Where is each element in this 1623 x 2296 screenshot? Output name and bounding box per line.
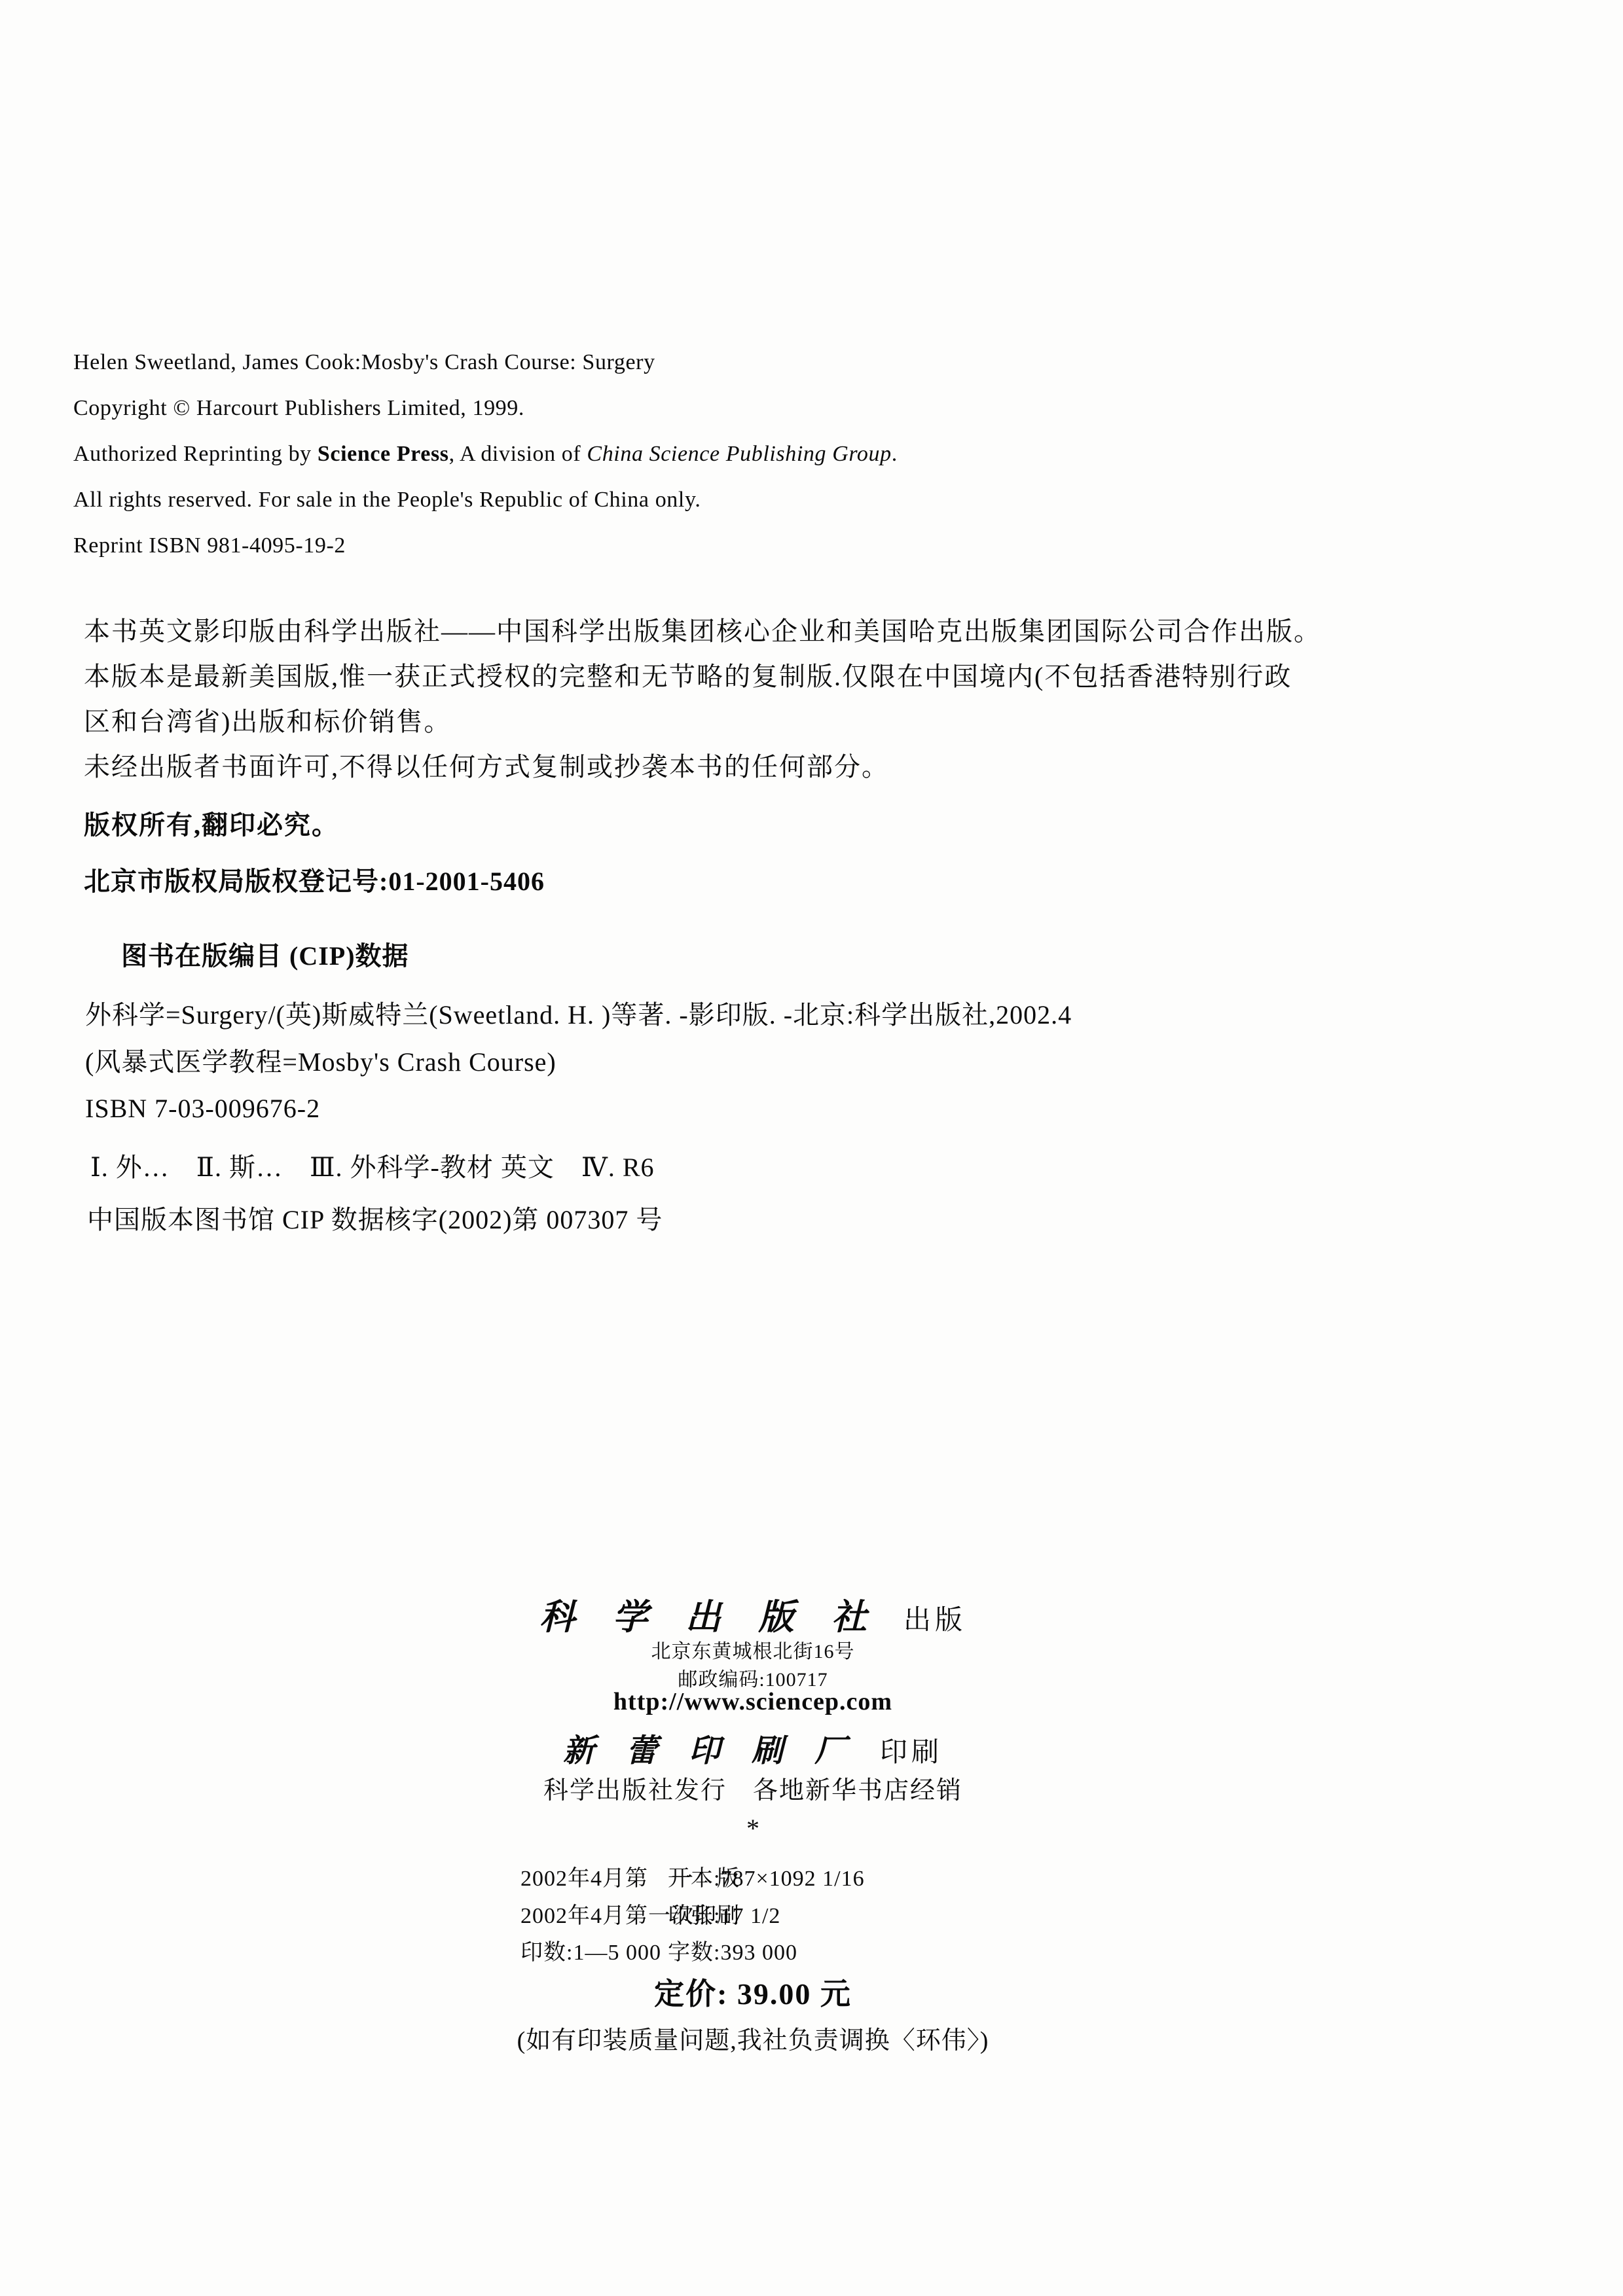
science-press-name: Science Press bbox=[318, 442, 449, 466]
separator-asterisk: * bbox=[393, 1813, 1113, 1844]
cip-series-line: (风暴式医学教程=Mosby's Crash Course) bbox=[85, 1047, 556, 1077]
publishing-group-name: China Science Publishing Group bbox=[587, 442, 891, 466]
printer-logotype: 新 蕾 印 刷 厂 bbox=[563, 1734, 858, 1768]
cip-catalog-line: 外科学=Surgery/(英)斯威特兰(Sweetland. H. )等著. -… bbox=[85, 1000, 1072, 1030]
all-rights-reserved-statement: 版权所有,翻印必究。 bbox=[84, 810, 339, 840]
reprint-authorization-line: Authorized Reprinting by Science Press, … bbox=[73, 442, 898, 467]
cip-verification-number-line: 中国版本图书馆 CIP 数据核字(2002)第 007307 号 bbox=[87, 1205, 663, 1235]
cn-notice-line-2: 本版本是最新美国版,惟一获正式授权的完整和无节略的复制版.仅限在中国境内(不包括… bbox=[84, 662, 1321, 692]
science-press-logotype: 科 学 出 版 社 bbox=[539, 1598, 881, 1637]
authorization-mid: , A division of bbox=[449, 442, 587, 466]
edition-row: 2002年4月第 一 版 开本:787×1092 1/16 bbox=[393, 1860, 1113, 1890]
printed-by-label: 印刷 bbox=[880, 1738, 943, 1768]
copyright-line: Copyright © Harcourt Publishers Limited,… bbox=[73, 396, 898, 421]
publisher-address: 北京东黄城根北街16号 bbox=[393, 1635, 1113, 1664]
reprint-isbn-line: Reprint ISBN 981-4095-19-2 bbox=[73, 533, 898, 558]
cip-isbn-line: ISBN 7-03-009676-2 bbox=[85, 1094, 320, 1124]
printer-line: 新 蕾 印 刷 厂印刷 bbox=[393, 1725, 1113, 1770]
chinese-authorization-block: 本书英文影印版由科学出版社——中国科学出版集团核心企业和美国哈克出版集团国际公司… bbox=[84, 617, 1321, 797]
english-copyright-block: Helen Sweetland, James Cook:Mosby's Cras… bbox=[73, 350, 898, 579]
word-count: 字数:393 000 bbox=[668, 1934, 797, 1966]
book-author-title-line: Helen Sweetland, James Cook:Mosby's Cras… bbox=[73, 350, 898, 375]
beijing-copyright-registration: 北京市版权局版权登记号:01-2001-5406 bbox=[84, 867, 545, 897]
publisher-colophon: 科 学 出 版 社出版 北京东黄城根北街16号 邮政编码:100717 http… bbox=[393, 1583, 1113, 2106]
price-label: 定价: 39.00 元 bbox=[393, 1970, 1113, 2013]
edition-row: 2002年4月第一次印刷 印张:17 1/2 bbox=[393, 1897, 1113, 1928]
cn-notice-line-4: 未经出版者书面许可,不得以任何方式复制或抄袭本书的任何部分。 bbox=[84, 752, 1321, 782]
cip-block-title: 图书在版编目 (CIP)数据 bbox=[121, 941, 409, 971]
authorization-prefix: Authorized Reprinting by bbox=[73, 442, 318, 466]
publisher-line: 科 学 出 版 社出版 bbox=[393, 1589, 1113, 1640]
print-run: 印数:1—5 000 bbox=[520, 1934, 661, 1966]
format-spec: 开本:787×1092 1/16 bbox=[668, 1860, 865, 1892]
cn-notice-line-3: 区和台湾省)出版和标价销售。 bbox=[84, 707, 1321, 737]
cip-classification-line: Ⅰ. 外… Ⅱ. 斯… Ⅲ. 外科学-教材 英文 Ⅳ. R6 bbox=[90, 1153, 655, 1183]
distribution-line: 科学出版社发行 各地新华书店经销 bbox=[393, 1770, 1113, 1806]
book-copyright-page: Helen Sweetland, James Cook:Mosby's Cras… bbox=[0, 0, 1623, 2296]
published-by-label: 出版 bbox=[903, 1605, 966, 1636]
rights-reserved-line: All rights reserved. For sale in the Peo… bbox=[73, 488, 898, 512]
sheet-count: 印张:17 1/2 bbox=[668, 1897, 780, 1929]
authorization-suffix: . bbox=[892, 442, 898, 466]
edition-row: 印数:1—5 000 字数:393 000 bbox=[393, 1934, 1113, 1964]
publisher-website: http://www.sciencep.com bbox=[393, 1687, 1113, 1716]
cn-notice-line-1: 本书英文影印版由科学出版社——中国科学出版集团核心企业和美国哈克出版集团国际公司… bbox=[84, 617, 1321, 647]
quality-exchange-note: (如有印装质量问题,我社负责调换〈环伟〉) bbox=[393, 2020, 1113, 2056]
